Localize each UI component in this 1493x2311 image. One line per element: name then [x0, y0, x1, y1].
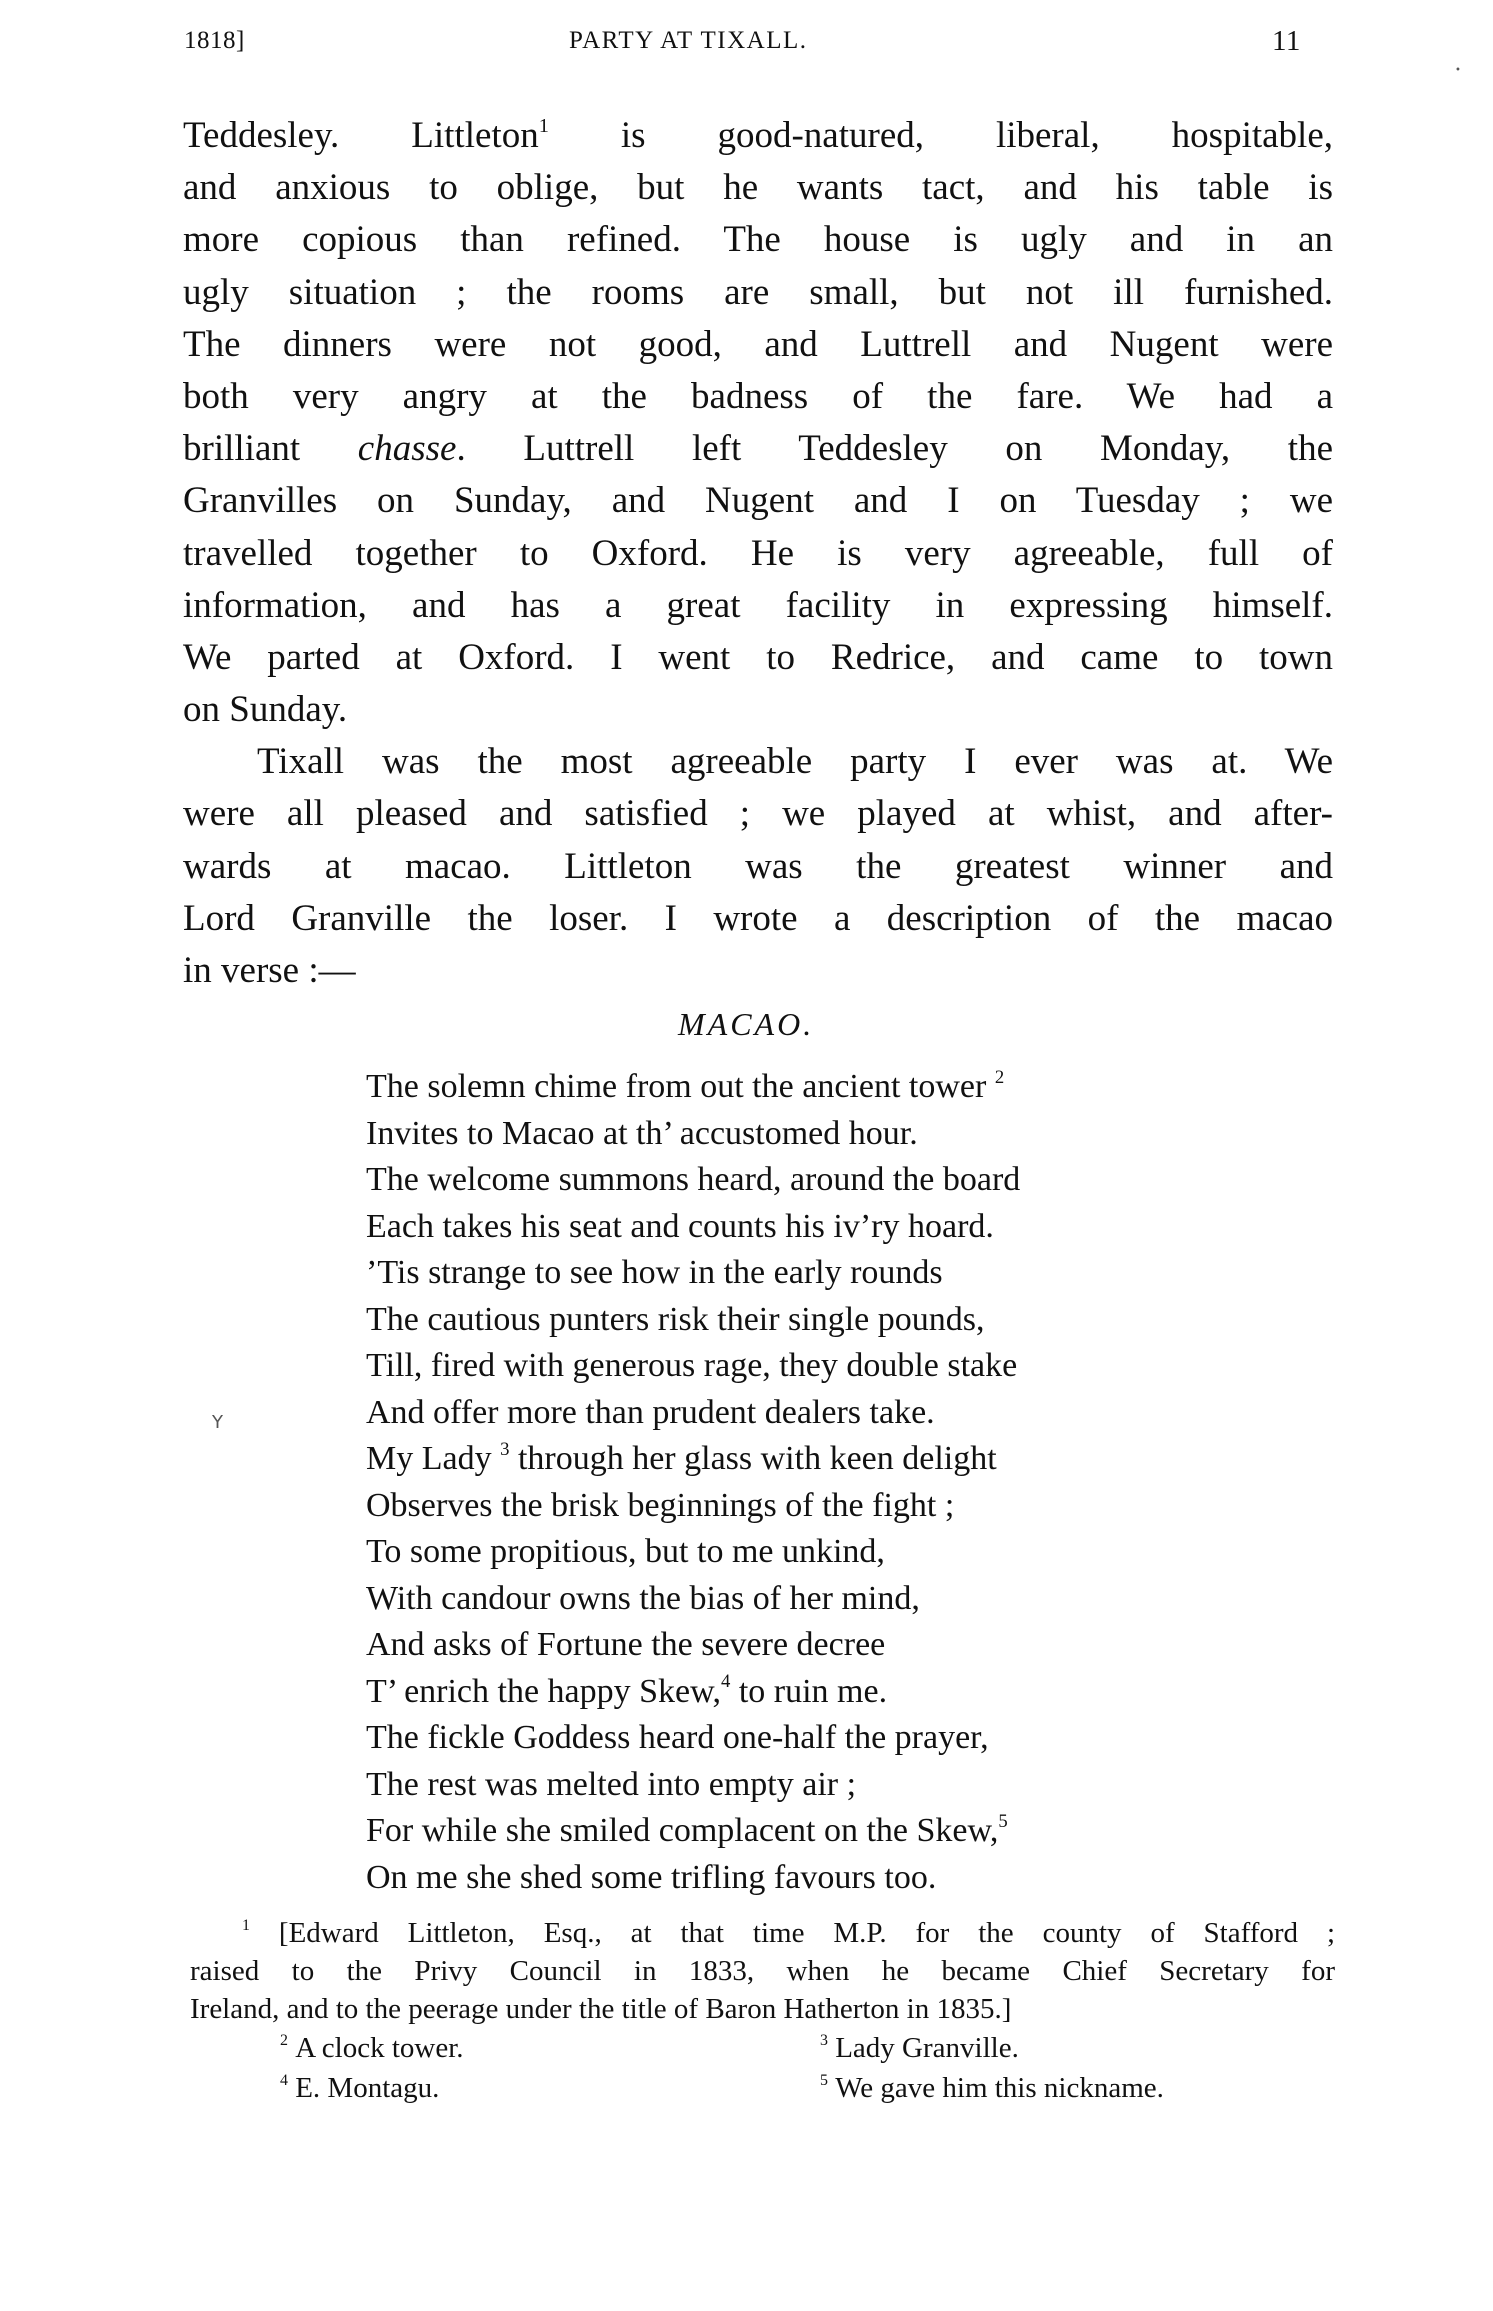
footnote-row: 4 E. Montagu. 5 We gave him this nicknam… — [190, 2068, 1335, 2108]
footnote-ref-4[interactable]: 4 — [721, 1671, 730, 1692]
footnote-1: 1 [Edward Littleton, Esq., at that time … — [190, 1914, 1335, 1952]
poem-line: The welcome summons heard, around the bo… — [366, 1157, 1286, 1204]
footnote-ref-1[interactable]: 1 — [539, 115, 549, 137]
paragraph-1-line: We parted at Oxford. I went to Redrice, … — [183, 632, 1333, 684]
poem-line: My Lady 3 through her glass with keen de… — [366, 1436, 1286, 1483]
footnote-row: 2 A clock tower. 3 Lady Granville. — [190, 2028, 1335, 2068]
poem-line: The rest was melted into empty air ; — [366, 1762, 1286, 1809]
poem-line: Each takes his seat and counts his iv’ry… — [366, 1204, 1286, 1251]
paragraph-1-line: Granvilles on Sunday, and Nugent and I o… — [183, 475, 1333, 527]
paragraph-1-line: Teddesley. Littleton1 is good-natured, l… — [183, 110, 1333, 162]
paragraph-1-line: on Sunday. — [183, 684, 1333, 736]
footnote-5: 5 We gave him this nickname. — [820, 2068, 1164, 2108]
paragraph-2-line: in verse :— — [183, 945, 1333, 997]
running-header-title: PARTY AT TIXALL. — [569, 24, 869, 58]
paragraph-1-line: information, and has a great facility in… — [183, 580, 1333, 632]
footnote-3: 3 Lady Granville. — [820, 2028, 1019, 2068]
paragraph-1-line: and anxious to oblige, but he wants tact… — [183, 162, 1333, 214]
footnote-2: 2 A clock tower. — [280, 2028, 464, 2068]
footnote-1-line: raised to the Privy Council in 1833, whe… — [190, 1952, 1335, 1990]
paragraph-2-line: Tixall was the most agreeable party I ev… — [183, 736, 1333, 788]
footnotes: 1 [Edward Littleton, Esq., at that time … — [190, 1914, 1335, 2108]
poem-line: Observes the brisk beginnings of the fig… — [366, 1483, 1286, 1530]
poem-line: T’ enrich the happy Skew,4 to ruin me. — [366, 1669, 1286, 1716]
footnote-ref-3[interactable]: 3 — [500, 1439, 509, 1460]
poem-line: To some propitious, but to me unkind, — [366, 1529, 1286, 1576]
scan-speck-icon: • — [1455, 62, 1461, 80]
poem-line: The cautious punters risk their single p… — [366, 1297, 1286, 1344]
paragraph-2-line: Lord Granville the loser. I wrote a desc… — [183, 893, 1333, 945]
poem-line: For while she smiled complacent on the S… — [366, 1808, 1286, 1855]
paragraph-1-line: both very angry at the badness of the fa… — [183, 371, 1333, 423]
poem-line: The solemn chime from out the ancient to… — [366, 1064, 1286, 1111]
poem-line: The fickle Goddess heard one-half the pr… — [366, 1715, 1286, 1762]
footnote-marker-1: 1 — [242, 1917, 250, 1934]
paragraph-1-line: ugly situation ; the rooms are small, bu… — [183, 267, 1333, 319]
poem-line: And offer more than prudent dealers take… — [366, 1390, 1286, 1437]
footnote-1-line: Ireland, and to the peerage under the ti… — [190, 1990, 1335, 2028]
poem: The solemn chime from out the ancient to… — [366, 1064, 1286, 1901]
footnote-4: 4 E. Montagu. — [280, 2068, 439, 2108]
paragraph-1-line: travelled together to Oxford. He is very… — [183, 528, 1333, 580]
paragraph-1-line: more copious than refined. The house is … — [183, 214, 1333, 266]
scan-speck-icon: 𝖸 — [212, 1414, 223, 1432]
poem-line: Till, fired with generous rage, they dou… — [366, 1343, 1286, 1390]
body-text: Teddesley. Littleton1 is good-natured, l… — [183, 110, 1333, 997]
poem-line: ’Tis strange to see how in the early rou… — [366, 1250, 1286, 1297]
book-page: 1818] PARTY AT TIXALL. 11 Teddesley. Lit… — [0, 0, 1493, 2311]
poem-line: With candour owns the bias of her mind, — [366, 1576, 1286, 1623]
poem-line: On me she shed some trifling favours too… — [366, 1855, 1286, 1902]
footnote-ref-2[interactable]: 2 — [995, 1067, 1004, 1088]
paragraph-2-line: were all pleased and satisfied ; we play… — [183, 788, 1333, 840]
page-number: 11 — [1272, 24, 1301, 58]
poem-line: Invites to Macao at th’ accustomed hour. — [366, 1111, 1286, 1158]
paragraph-1-line: The dinners were not good, and Luttrell … — [183, 319, 1333, 371]
paragraph-1-line: brilliant chasse. Luttrell left Teddesle… — [183, 423, 1333, 475]
paragraph-2-line: wards at macao. Littleton was the greate… — [183, 841, 1333, 893]
footnote-ref-5[interactable]: 5 — [998, 1811, 1007, 1832]
poem-line: And asks of Fortune the severe decree — [366, 1622, 1286, 1669]
poem-title: MACAO. — [678, 1004, 814, 1044]
italic-chasse: chasse — [358, 428, 457, 469]
running-header-year: 1818] — [184, 24, 245, 58]
